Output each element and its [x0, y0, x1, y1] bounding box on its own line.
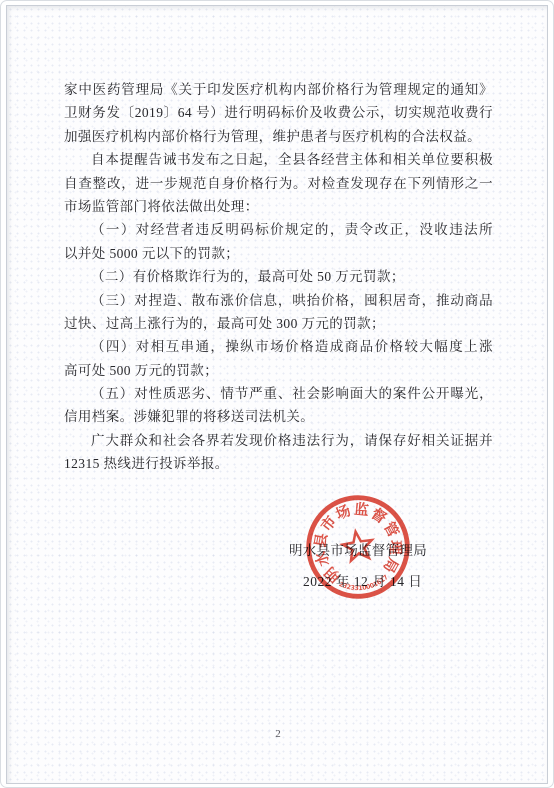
body-line: 家中医药管理局《关于印发医疗机构内部价格行为管理规定的通知》（国	[64, 78, 493, 101]
body-line: 卫财务发〔2019〕64 号）进行明码标价及收费公示，切实规范收费行为，	[64, 101, 493, 124]
svg-text:水: 水	[312, 549, 333, 569]
official-seal-graphic: 明水县市场监督管理局 2323310001617	[292, 481, 425, 614]
body-line: （二）有价格欺诈行为的，最高可处 50 万元罚款；	[64, 265, 493, 288]
body-line: 以并处 5000 元以下的罚款；	[64, 242, 493, 265]
svg-text:理: 理	[387, 540, 404, 555]
svg-text:监: 监	[353, 500, 370, 519]
body-line: 过快、过高上涨行为的，最高可处 300 万元的罚款；	[64, 312, 493, 335]
body-line: （五）对性质恶劣、情节严重、社会影响面大的案件公开曝光，记入	[64, 382, 493, 405]
document-body: 家中医药管理局《关于印发医疗机构内部价格行为管理规定的通知》（国 卫财务发〔20…	[64, 78, 493, 476]
page-number: 2	[7, 728, 549, 740]
seal-ring-text: 明水县市场监督管理局	[305, 493, 410, 588]
body-line: 高可处 500 万元的罚款；	[64, 359, 493, 382]
body-line: （三）对捏造、散布涨价信息，哄抬价格，囤积居奇，推动商品价格	[64, 289, 493, 312]
seal-star-icon	[341, 529, 374, 561]
svg-text:县: 县	[312, 532, 331, 550]
body-line: 加强医疗机构内部价格行为管理，维护患者与医疗机构的合法权益。	[64, 125, 493, 148]
document-page: 家中医药管理局《关于印发医疗机构内部价格行为管理规定的通知》（国 卫财务发〔20…	[6, 5, 548, 784]
body-line: 信用档案。涉嫌犯罪的将移送司法机关。	[64, 405, 493, 428]
body-line: （四）对相互串通，操纵市场价格造成商品价格较大幅度上涨的，最	[64, 335, 493, 358]
body-line: 自本提醒告诫书发布之日起，全县各经营主体和相关单位要积极开展	[64, 148, 493, 171]
body-line: 自查整改，进一步规范自身价格行为。对检查发现存在下列情形之一的，	[64, 172, 493, 195]
official-seal: 明水县市场监督管理局 2323310001617	[292, 481, 425, 614]
body-line: 12315 热线进行投诉举报。	[64, 452, 493, 475]
body-line: 广大群众和社会各界若发现价格违法行为，请保存好相关证据并拨打	[64, 429, 493, 452]
body-line: 市场监管部门将依法做出处理：	[64, 195, 493, 218]
body-line: （一）对经营者违反明码标价规定的，责令改正，没收违法所得，可	[64, 218, 493, 241]
